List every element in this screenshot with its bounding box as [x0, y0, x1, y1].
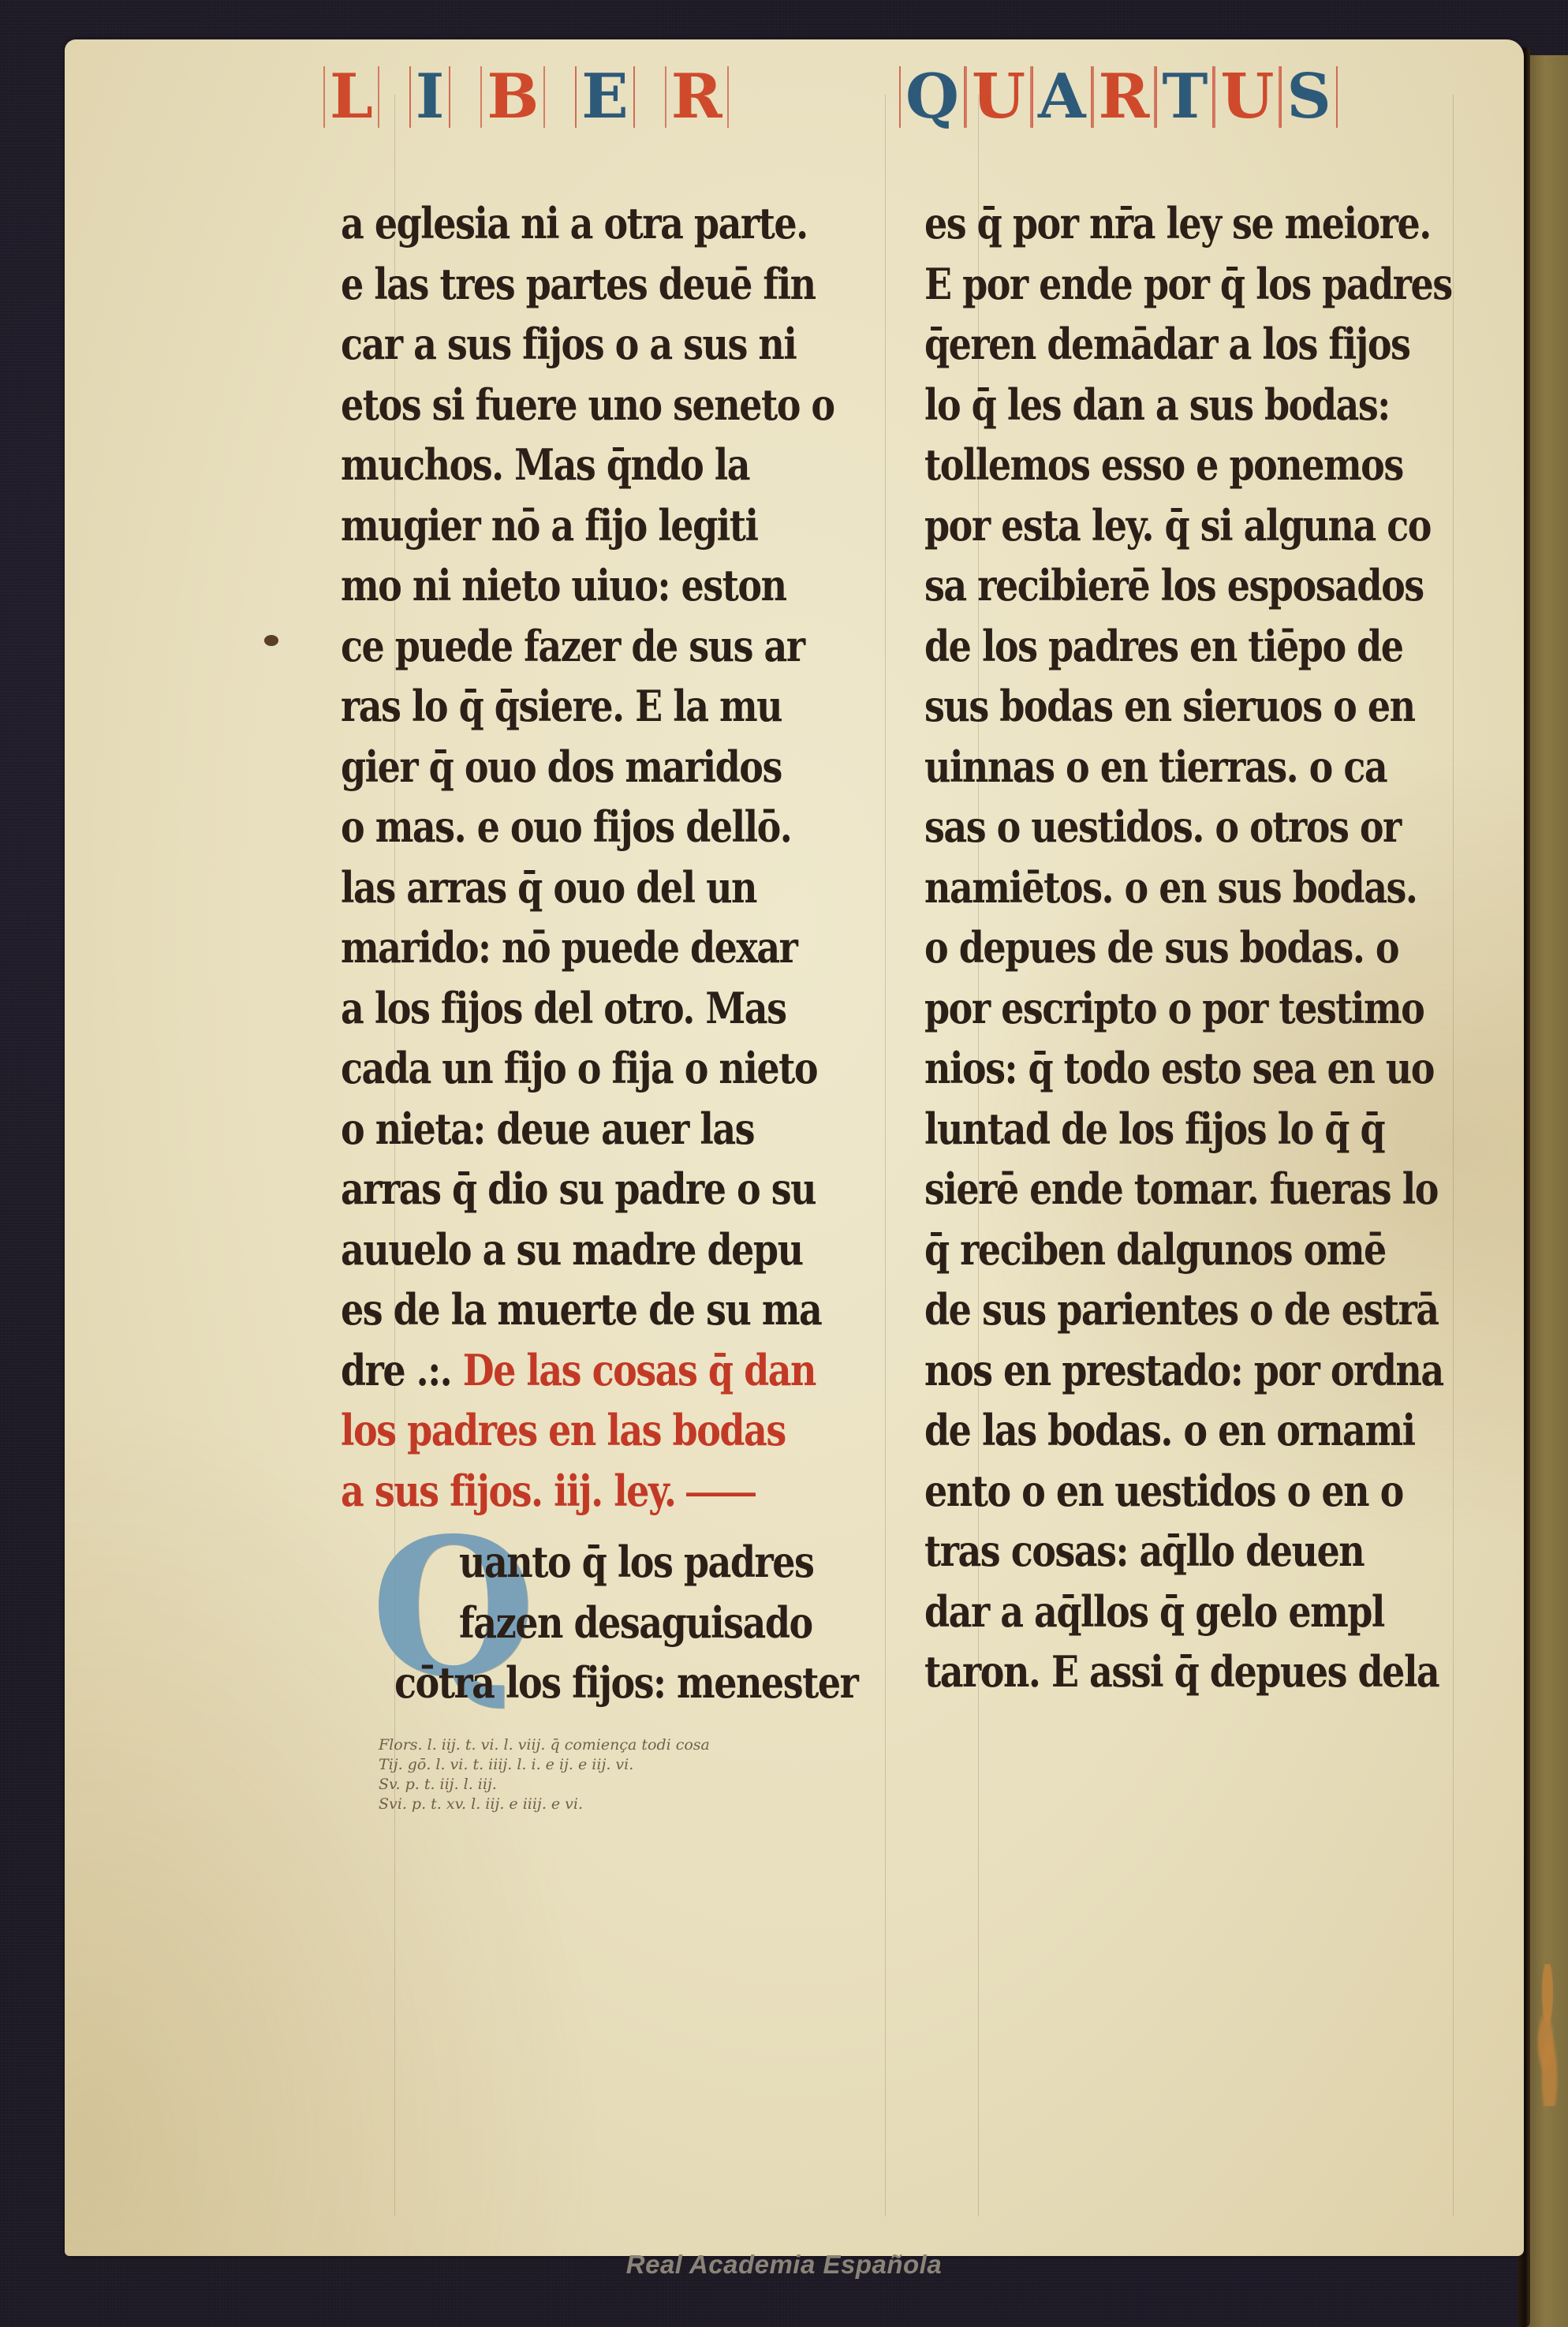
left-text-column: a eglesia ni a otra parte. e las tres pa…: [341, 193, 885, 1521]
text-fragment: dre .:.: [341, 1345, 451, 1395]
text-line: taron. E assi q̄ depues dela: [924, 1636, 1477, 1707]
header-letter: R: [1092, 66, 1156, 128]
header-letter: R: [665, 66, 729, 128]
right-text-column: es q̄ por nr̄a ley se meiore. E por ende…: [924, 193, 1477, 1702]
law-text-last-line: cōtra los fijos: menester: [394, 1653, 883, 1713]
running-header-right: Q U A R T U S: [899, 66, 1338, 128]
header-letter: A: [1032, 66, 1092, 128]
header-letter: L: [323, 66, 379, 128]
marginal-note: Flors. l. iij. t. vi. l. viij. q̄ comien…: [379, 1735, 868, 1814]
note-line: Flors. l. iij. t. vi. l. viij. q̄ comien…: [379, 1735, 868, 1755]
header-letter: I: [409, 66, 451, 128]
header-letter: E: [575, 66, 634, 128]
header-letter: Q: [899, 66, 965, 128]
ink-spot: [264, 635, 278, 646]
header-letter: T: [1155, 66, 1214, 128]
line-filler-stroke: [686, 1492, 756, 1496]
header-letter: S: [1280, 66, 1337, 128]
note-line: Svi. p. t. xv. l. iij. e iiij. e vi.: [379, 1795, 868, 1814]
header-letter: U: [1214, 66, 1280, 128]
note-line: Sv. p. t. iij. l. iij.: [379, 1775, 868, 1795]
note-line: Tij. gō. l. vi. t. iiij. l. i. e ij. e i…: [379, 1755, 868, 1775]
indented-law-text: uanto q̄ los padres fazen desaguisado: [459, 1532, 885, 1653]
header-letter: U: [965, 66, 1032, 128]
watermark: Real Academia Española: [0, 2250, 1568, 2280]
rubric-title: De las cosas q̄ dan: [463, 1345, 816, 1395]
header-letter: B: [480, 66, 545, 128]
ruling-line: [885, 95, 886, 2217]
running-header-left: L I B E R: [323, 66, 729, 128]
text-line: cōtra los fijos: menester: [394, 1647, 883, 1718]
margin-stain: [1528, 1964, 1567, 2106]
